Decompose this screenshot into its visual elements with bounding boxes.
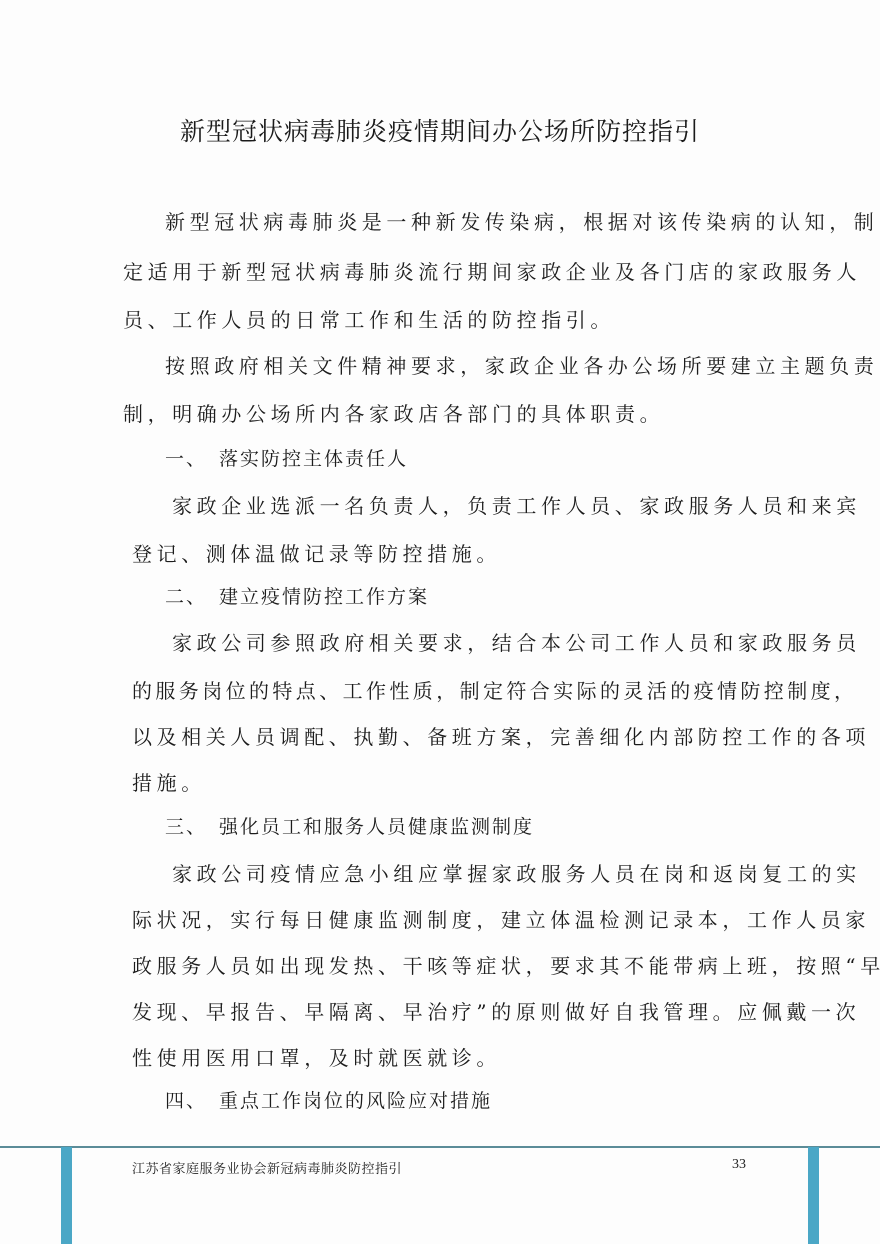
section-number: 四、 [165, 1086, 219, 1113]
section-line: 际状况，实行每日健康监测制度，建立体温检测记录本，工作人员家 [132, 904, 870, 933]
section-line: 家政企业选派一名负责人，负责工作人员、家政服务人员和来宾 [172, 490, 861, 519]
section-title: 强化员工和服务人员健康监测制度 [219, 816, 534, 838]
section-heading: 四、重点工作岗位的风险应对措施 [165, 1086, 492, 1113]
footer-accent-bar-left [61, 1147, 72, 1244]
intro-line: 制，明确办公场所内各家政店各部门的具体职责。 [123, 398, 664, 427]
section-line: 登记、测体温做记录等防控措施。 [132, 538, 501, 567]
section-line: 政服务人员如出现发热、干咳等症状，要求其不能带病上班，按照“早 [132, 950, 880, 979]
section-number: 一、 [165, 444, 219, 471]
section-line: 性使用医用口罩，及时就医就诊。 [132, 1042, 501, 1071]
section-line: 家政公司疫情应急小组应掌握家政服务人员在岗和返岗复工的实 [172, 858, 861, 887]
section-title: 重点工作岗位的风险应对措施 [219, 1090, 492, 1112]
section-heading: 三、强化员工和服务人员健康监测制度 [165, 812, 534, 839]
intro-line: 定适用于新型冠状病毒肺炎流行期间家政企业及各门店的家政服务人 [123, 256, 861, 285]
intro-line: 员、工作人员的日常工作和生活的防控指引。 [123, 304, 615, 333]
section-number: 二、 [165, 582, 219, 609]
page-title: 新型冠状病毒肺炎疫情期间办公场所防控指引 [0, 112, 880, 148]
section-line: 发现、早报告、早隔离、早治疗”的原则做好自我管理。应佩戴一次 [132, 996, 860, 1025]
footer-rule [0, 1146, 880, 1148]
section-line: 措施。 [132, 767, 206, 796]
footer-accent-bar-right [808, 1147, 819, 1244]
page-number: 33 [732, 1157, 746, 1173]
section-title: 建立疫情防控工作方案 [219, 586, 429, 608]
section-line: 以及相关人员调配、执勤、备班方案，完善细化内部防控工作的各项 [132, 721, 870, 750]
section-line: 的服务岗位的特点、工作性质，制定符合实际的灵活的疫情防控制度， [132, 675, 857, 704]
intro-line: 按照政府相关文件精神要求，家政企业各办公场所要建立主题负责 [165, 350, 878, 379]
section-line: 家政公司参照政府相关要求，结合本公司工作人员和家政服务员 [172, 627, 861, 656]
section-title: 落实防控主体责任人 [219, 448, 408, 470]
intro-line: 新型冠状病毒肺炎是一种新发传染病，根据对该传染病的认知，制 [165, 206, 878, 235]
section-heading: 一、落实防控主体责任人 [165, 444, 408, 471]
section-number: 三、 [165, 812, 219, 839]
document-page: 新型冠状病毒肺炎疫情期间办公场所防控指引 新型冠状病毒肺炎是一种新发传染病，根据… [0, 0, 880, 1244]
footer-text: 江苏省家庭服务业协会新冠病毒肺炎防控指引 [132, 1158, 402, 1177]
section-heading: 二、建立疫情防控工作方案 [165, 582, 429, 609]
